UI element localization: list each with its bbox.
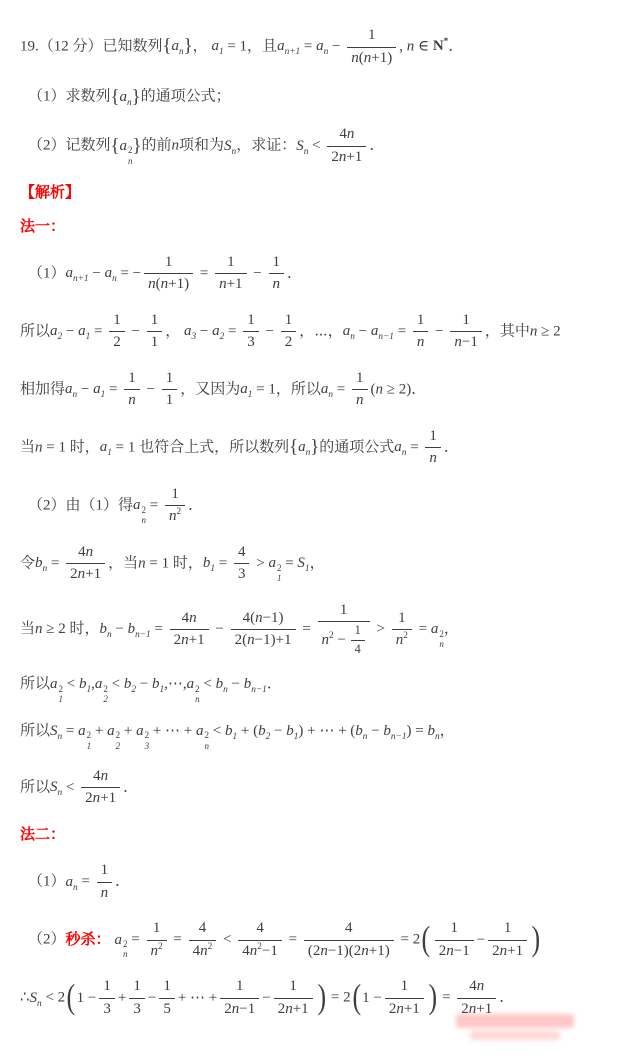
- m1-conclusion: 所以Sn < 4n2n+1．: [20, 767, 622, 809]
- fraction: 13: [129, 977, 145, 1019]
- m2-conclusion: ∴Sn < 2(1 − 13 + 13 − 15 + ⋯ + 12n−1 − 1…: [20, 977, 622, 1019]
- fraction: 44n2−1: [238, 919, 282, 961]
- method1-header: 法一：: [20, 217, 622, 237]
- fraction: 12n−1: [435, 919, 474, 961]
- fraction: 43: [234, 543, 250, 585]
- m1-step1-difference: （1）an+1 − an = −1n(n+1) = 1n+1 − 1n．: [20, 253, 622, 295]
- fraction: 4(2n−1)(2n+1): [304, 919, 394, 961]
- fraction: 12n+1: [488, 919, 527, 961]
- fraction: 1n(n+1): [347, 26, 396, 68]
- fraction: 1n: [425, 427, 441, 469]
- fraction: 13: [243, 311, 259, 353]
- fraction: 1n+1: [215, 253, 246, 295]
- fraction: 1n−1: [450, 311, 481, 353]
- fraction: 1n: [97, 861, 113, 903]
- analysis-header: 【解析】: [20, 183, 622, 203]
- fraction: 4(n−1)2(n−1)+1: [231, 609, 296, 651]
- m1-step1-telescoping-terms: 所以a2 − a1 = 12 − 11， a3 − a2 = 13 − 12，⋯…: [20, 311, 622, 353]
- m1-step2-inequalities: 所以a21 < b1,a22 < b2 − b1,⋯,a2n < bn − bn…: [20, 674, 622, 704]
- fraction: 12: [109, 311, 125, 353]
- fraction: 4n2n+1: [81, 767, 120, 809]
- m1-step2-sum-inequality: 所以Sn = a21 + a22 + a23 + ⋯ + a2n < b1 + …: [20, 721, 622, 751]
- problem-statement: 19.（12 分）已知数列{an}， a1 = 1，且an+1 = an − 1…: [20, 26, 622, 68]
- fraction: 14: [351, 623, 365, 658]
- part1-question: （1）求数列{an}的通项公式；: [20, 84, 622, 109]
- fraction: 1n: [124, 369, 140, 411]
- fraction: 1n(n+1): [144, 253, 193, 295]
- fraction: 12n−1: [220, 977, 259, 1019]
- fraction: 1n: [413, 311, 429, 353]
- fraction: 1n2 − 14: [318, 601, 370, 658]
- fraction: 4n2n+1: [457, 977, 496, 1019]
- fraction: 44n2: [189, 919, 217, 961]
- fraction: 13: [99, 977, 115, 1019]
- fraction: 12n+1: [385, 977, 424, 1019]
- m1-step2-bn-difference: 当n ≥ 2 时，bn − bn−1 = 4n2n+1 − 4(n−1)2(n−…: [20, 601, 622, 658]
- fraction: 1n: [352, 369, 368, 411]
- m1-step1-sum: 相加得an − a1 = 1n − 11，又因为a1 = 1，所以an = 1n…: [20, 369, 622, 411]
- fraction: 12: [281, 311, 297, 353]
- fraction: 1n2: [392, 609, 412, 651]
- fraction: 4n2n+1: [66, 543, 105, 585]
- fraction: 1n2: [147, 919, 167, 961]
- fraction: 11: [147, 311, 163, 353]
- m2-step1: （1）an = 1n．: [20, 861, 622, 903]
- fraction: 4n2n+1: [327, 125, 366, 167]
- fraction: 4n2n+1: [170, 609, 209, 651]
- m1-step2-square: （2）由（1）得a2n = 1n2．: [20, 485, 622, 527]
- fraction: 11: [162, 369, 178, 411]
- fraction: 1n: [269, 253, 285, 295]
- fraction: 15: [159, 977, 175, 1019]
- fraction: 12n+1: [274, 977, 313, 1019]
- fraction: 1n2: [165, 485, 185, 527]
- math-solution-document: 19.（12 分）已知数列{an}， a1 = 1，且an+1 = an − 1…: [0, 0, 628, 1019]
- watermark-blur-shape: [470, 1031, 560, 1040]
- part2-question: （2）记数列{a2n}的前n项和为Sn，求证：Sn < 4n2n+1．: [20, 125, 622, 167]
- m1-step2-define-bn: 令bn = 4n2n+1，当n = 1 时，b1 = 43 > a21 = S1…: [20, 543, 622, 585]
- method2-header: 法二：: [20, 825, 622, 845]
- m1-step1-conclusion: 当n = 1 时，a1 = 1 也符合上式，所以数列{an}的通项公式an = …: [20, 427, 622, 469]
- m2-step2-quick-kill: （2）秒杀：a2n = 1n2 = 44n2 < 44n2−1 = 4(2n−1…: [20, 919, 622, 961]
